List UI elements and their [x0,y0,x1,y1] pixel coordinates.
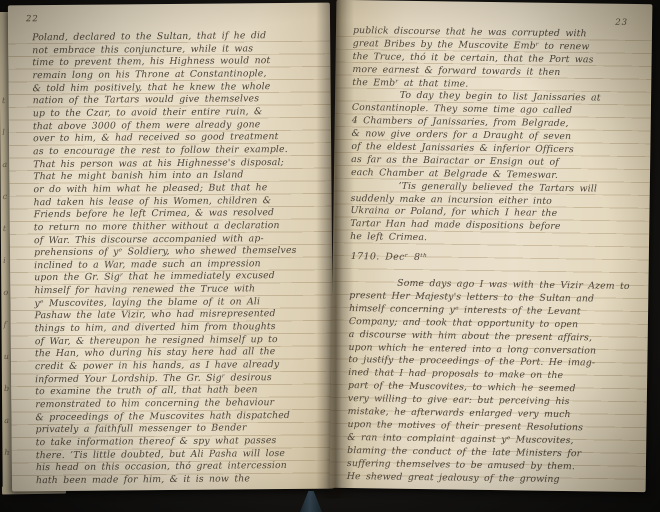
cutoff-letter-fragment: c [3,192,8,201]
paragraphs-after-date: Some days ago I was with the Vizir Azem … [347,277,644,487]
cutoff-letter-fragment: o [3,288,8,297]
manuscript-line: He shewed great jealousy of the growing [347,471,641,488]
cutoff-letter-fragment: b [4,384,9,393]
binding-clasp [300,491,322,512]
cutoff-letter-fragment: u [4,352,9,361]
manuscript-line: prehensions of yᵉ Soldiery, who shewed t… [34,245,326,260]
cutoff-letter-fragment: f [3,320,6,329]
page-number-right: 23 [615,18,628,28]
cutoff-letter-fragment: i [3,256,6,265]
manuscript-line: hath been made for him, & it is now the [36,473,328,488]
cutoff-letter-fragment: t [3,224,6,233]
cutoff-letter-fragment: a [4,416,9,425]
page-left-manuscript-text: Poland, declared to the Sultan, that if … [32,30,328,488]
page-right: 23 publick discourse that he was corrupt… [330,0,653,492]
entry-date-heading: 1710. Decʳ 8ᵗʰ [351,250,644,267]
book-photograph: tlactiofubah 22 Poland, declared to the … [0,0,660,512]
page-right-manuscript-text: publick discourse that he was corrupted … [347,25,647,487]
page-number-left: 22 [26,14,39,24]
page-left: 22 Poland, declared to the Sultan, that … [8,3,334,492]
manuscript-line: his head on this occasion, thó great int… [36,460,328,475]
manuscript-line: he left Crimea. [350,231,644,248]
cutoff-letter-fragment: t [2,96,5,105]
cutoff-letter-fragment: h [4,448,9,457]
cutoff-letter-fragment: a [2,160,7,169]
paragraphs-before-date: publick discourse that he was corrupted … [350,25,647,248]
cutoff-letter-fragment: l [2,128,5,137]
